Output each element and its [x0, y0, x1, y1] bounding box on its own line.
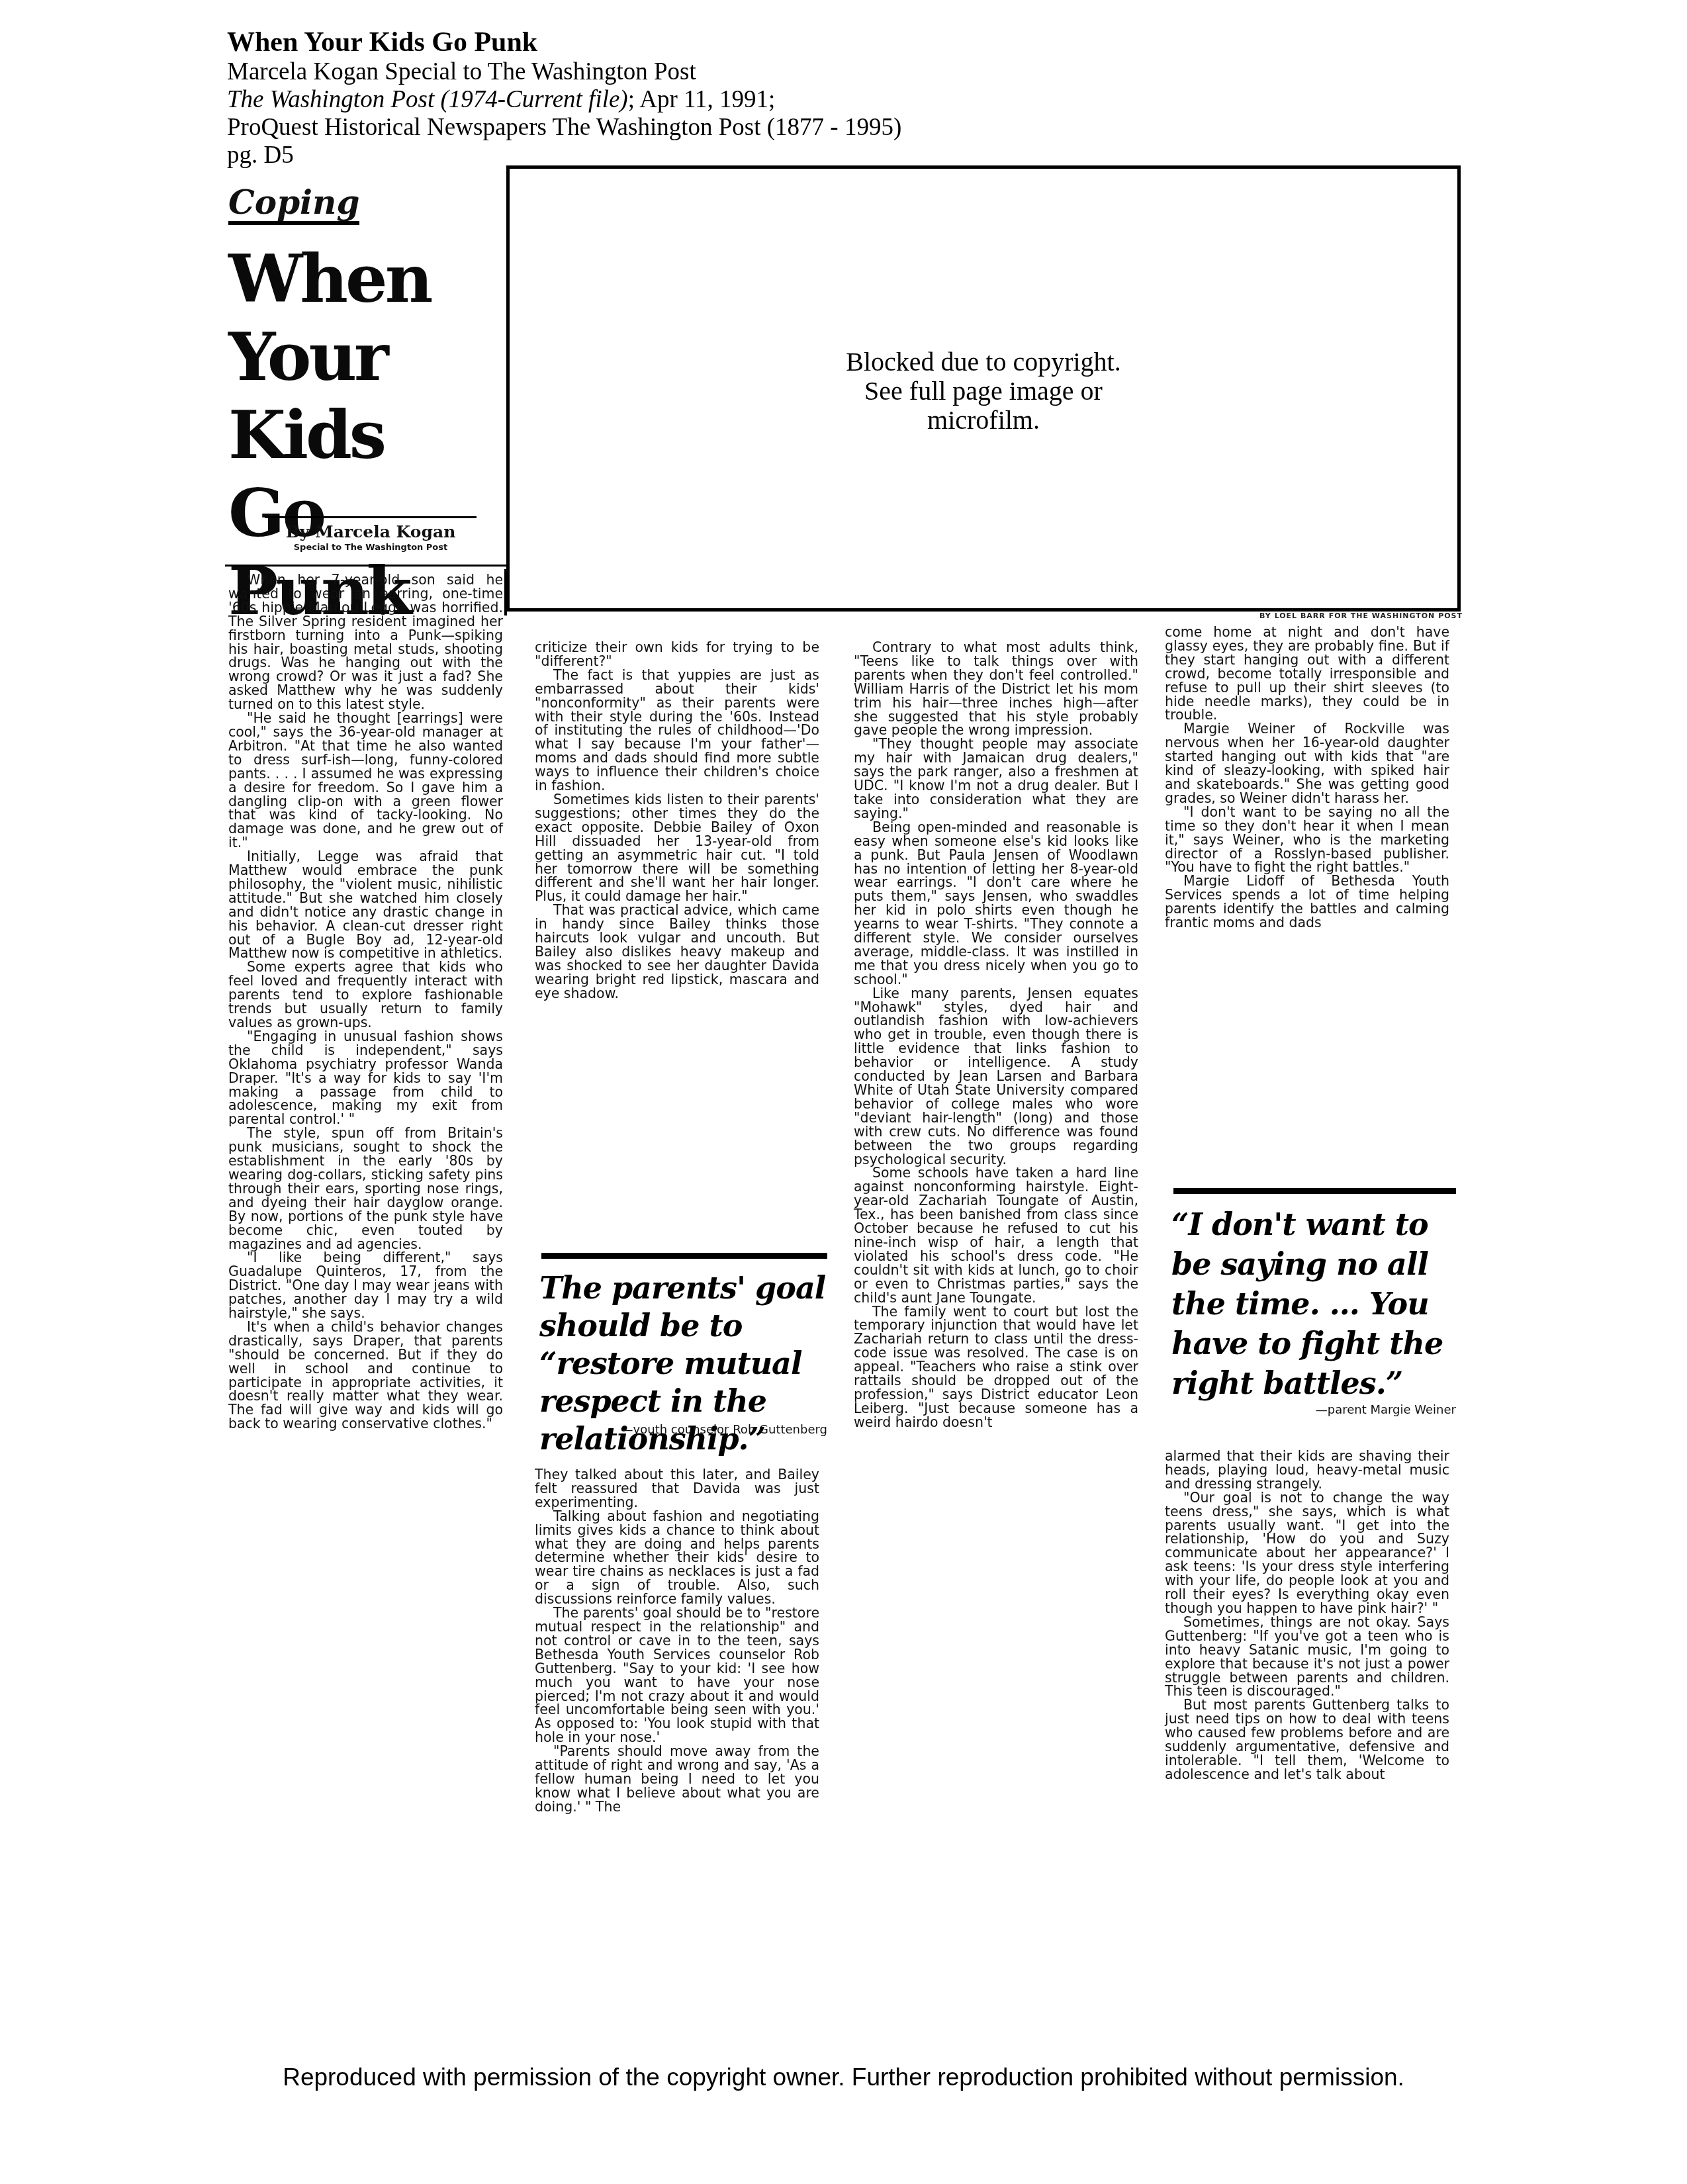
paragraph: It's when a child's behavior changes dra… — [228, 1320, 503, 1431]
paragraph: alarmed that their kids are shaving thei… — [1165, 1449, 1449, 1491]
paragraph: Sometimes kids listen to their parents' … — [535, 793, 819, 903]
paragraph: When her 7-year-old son said he wanted t… — [228, 573, 503, 711]
section-kicker: Coping — [228, 184, 359, 225]
blocked-message: Blocked due to copyright. See full page … — [510, 347, 1457, 435]
paragraph: Margie Lidoff of Bethesda Youth Services… — [1165, 874, 1449, 930]
paragraph: Being open-minded and reasonable is easy… — [854, 821, 1138, 987]
paragraph: Sometimes, things are not okay. Says Gut… — [1165, 1615, 1449, 1698]
paragraph: come home at night and don't have glassy… — [1165, 625, 1449, 722]
headline-line: Your Kids — [228, 318, 506, 474]
paragraph: "Parents should move away from the attit… — [535, 1745, 819, 1814]
citation-date: ; Apr 11, 1991; — [628, 86, 776, 113]
citation-title: When Your Kids Go Punk — [227, 26, 1021, 58]
paragraph: The family went to court but lost the te… — [854, 1305, 1138, 1430]
article-column-4: come home at night and don't have glassy… — [1165, 625, 1449, 930]
paragraph: "Our goal is not to change the way teens… — [1165, 1491, 1449, 1615]
byline-divider — [225, 565, 506, 567]
citation-source: The Washington Post (1974-Current file);… — [227, 86, 1021, 114]
paragraph: criticize their own kids for trying to b… — [535, 641, 819, 668]
citation-header: When Your Kids Go Punk Marcela Kogan Spe… — [227, 26, 1021, 169]
paragraph: The style, spun off from Britain's punk … — [228, 1126, 503, 1251]
paragraph: "He said he thought [earrings] were cool… — [228, 711, 503, 850]
blocked-message-line: Blocked due to copyright. — [510, 347, 1457, 377]
paragraph: Like many parents, Jensen equates "Mohaw… — [854, 987, 1138, 1167]
paragraph: "They thought people may associate my ha… — [854, 737, 1138, 820]
citation-source-name: The Washington Post (1974-Current file) — [227, 86, 628, 113]
paragraph: The parents' goal should be to "restore … — [535, 1606, 819, 1745]
paragraph: They talked about this later, and Bailey… — [535, 1468, 819, 1510]
byline: By Marcela Kogan — [265, 522, 477, 542]
pull-quote: “I don't want to be saying no all the ti… — [1171, 1205, 1463, 1403]
paragraph: Some experts agree that kids who feel lo… — [228, 960, 503, 1030]
paragraph: "I like being different," says Guadalupe… — [228, 1251, 503, 1320]
article-column-2-continued: They talked about this later, and Bailey… — [535, 1468, 819, 1814]
paragraph: The fact is that yuppies are just as emb… — [535, 668, 819, 793]
paragraph: Initially, Legge was afraid that Matthew… — [228, 850, 503, 960]
pull-quote-rule — [541, 1253, 827, 1259]
citation-author: Marcela Kogan Special to The Washington … — [227, 58, 1021, 86]
article-column-1: When her 7-year-old son said he wanted t… — [228, 573, 503, 1431]
pull-quote-rule — [1173, 1188, 1456, 1194]
pull-quote-attribution: —youth counselor Rob Guttenberg — [539, 1423, 827, 1437]
article-column-2: criticize their own kids for trying to b… — [535, 641, 819, 1001]
headline-line: When — [228, 240, 506, 318]
photo-credit: BY LOEL BARR FOR THE WASHINGTON POST — [1231, 612, 1463, 620]
paragraph: But most parents Guttenberg talks to jus… — [1165, 1698, 1449, 1781]
column-divider — [504, 569, 507, 615]
paragraph: Talking about fashion and negotiating li… — [535, 1510, 819, 1606]
article-column-4-continued: alarmed that their kids are shaving thei… — [1165, 1449, 1449, 1782]
copyright-footer: Reproduced with permission of the copyri… — [0, 2064, 1687, 2091]
blocked-message-line: See full page image or — [510, 377, 1457, 406]
citation-database: ProQuest Historical Newspapers The Washi… — [227, 114, 1021, 142]
blocked-message-line: microfilm. — [510, 406, 1457, 435]
article-column-3: Contrary to what most adults think, "Tee… — [854, 641, 1138, 1430]
byline-affiliation: Special to The Washington Post — [265, 542, 477, 554]
byline-block: By Marcela Kogan Special to The Washingt… — [265, 516, 477, 554]
paragraph: Contrary to what most adults think, "Tee… — [854, 641, 1138, 737]
pull-quote-attribution: —parent Margie Weiner — [1171, 1403, 1456, 1417]
paragraph: "I don't want to be saying no all the ti… — [1165, 805, 1449, 875]
paragraph: That was practical advice, which came in… — [535, 903, 819, 1000]
paragraph: Some schools have taken a hard line agai… — [854, 1166, 1138, 1304]
paragraph: "Engaging in unusual fashion shows the c… — [228, 1030, 503, 1126]
paragraph: Margie Weiner of Rockville was nervous w… — [1165, 722, 1449, 805]
blocked-photo: Blocked due to copyright. See full page … — [506, 165, 1461, 612]
